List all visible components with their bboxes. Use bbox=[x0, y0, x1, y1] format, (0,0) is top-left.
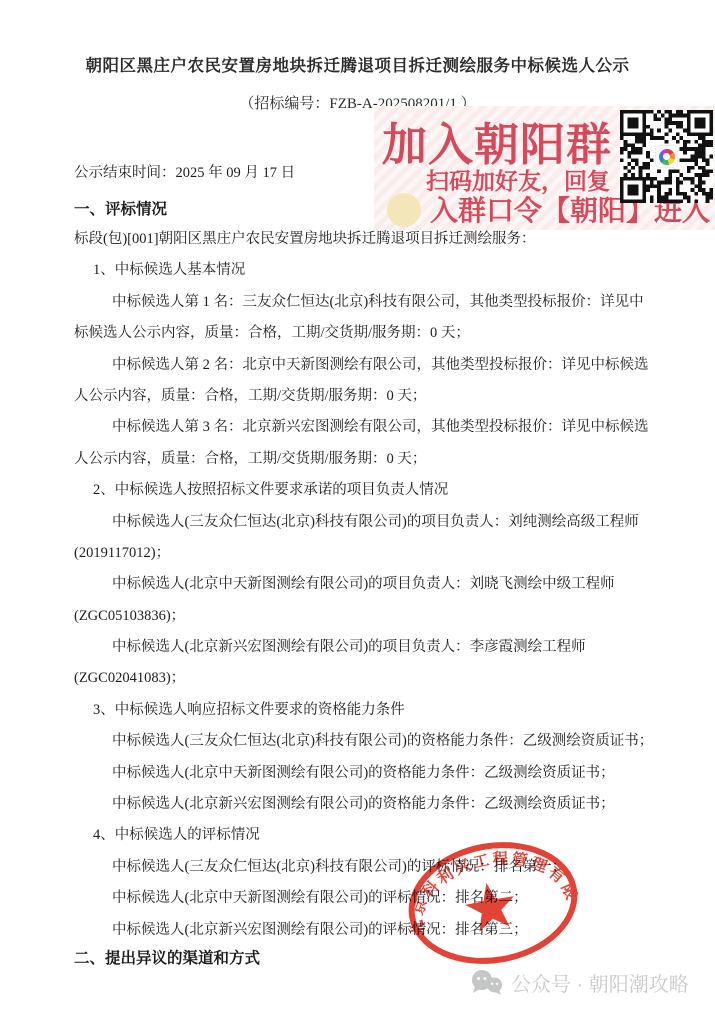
company-seal-stamp: 北京科利兴工程管理有限公司 bbox=[403, 836, 583, 976]
section-heading-1: 一、评标情况 bbox=[74, 197, 167, 219]
doc-line: 标段(包)[001]朝阳区黑庄户农民安置房地块拆迁腾退项目拆迁测绘服务： bbox=[74, 224, 644, 255]
doc-line: 标候选人公示内容，质量：合格，工期/交货期/服务期：0 天； bbox=[74, 318, 644, 349]
doc-line: (ZGC05103836)； bbox=[74, 601, 644, 632]
doc-line: 中标候选人(北京中天新图测绘有限公司)的资格能力条件：乙级测绘资质证书； bbox=[74, 758, 644, 789]
doc-line: 人公示内容，质量：合格，工期/交货期/服务期：0 天； bbox=[74, 444, 644, 475]
footer-watermark-label: 公众号 · 朝阳潮攻略 bbox=[511, 968, 689, 997]
doc-line: 中标候选人第 2 名：北京中天新图测绘有限公司，其他类型投标报价：详见中标候选 bbox=[74, 350, 644, 381]
doc-line: (ZGC02041083)； bbox=[74, 663, 644, 694]
wechat-icon bbox=[470, 969, 504, 997]
promo-dot-decoration bbox=[387, 193, 421, 227]
doc-line: 2、中标候选人按照招标文件要求承诺的项目负责人情况 bbox=[74, 475, 644, 506]
svg-text:北京科利兴工程管理有限公司: 北京科利兴工程管理有限公司 bbox=[403, 836, 583, 939]
doc-line: (2019117012)； bbox=[74, 538, 644, 569]
doc-line: 中标候选人(北京新兴宏图测绘有限公司)的资格能力条件：乙级测绘资质证书； bbox=[74, 789, 644, 820]
qr-center-logo-icon bbox=[656, 146, 677, 167]
publicity-end-date: 公示结束时间：2025 年 09 月 17 日 bbox=[74, 161, 295, 182]
section-heading-2: 二、提出异议的渠道和方式 bbox=[74, 946, 260, 968]
footer-watermark: 公众号 · 朝阳潮攻略 bbox=[470, 968, 689, 997]
doc-line: 中标候选人(北京新兴宏图测绘有限公司)的项目负责人：李彦霞测绘工程师 bbox=[74, 632, 644, 663]
seal-star-icon bbox=[462, 879, 519, 934]
seal-ring-text: 北京科利兴工程管理有限公司 bbox=[403, 836, 583, 939]
doc-line: 中标候选人第 3 名：北京新兴宏图测绘有限公司，其他类型投标报价：详见中标候选 bbox=[74, 412, 644, 443]
doc-line: 中标候选人(三友众仁恒达(北京)科技有限公司)的资格能力条件：乙级测绘资质证书； bbox=[74, 726, 644, 757]
promo-overlay: 加入朝阳群 扫码加好友，回复 入群口令【朝阳】进入 bbox=[374, 106, 715, 230]
doc-line: 中标候选人第 1 名：三友众仁恒达(北京)科技有限公司，其他类型投标报价：详见中 bbox=[74, 287, 644, 318]
qr-code bbox=[620, 110, 713, 203]
doc-line: 中标候选人(三友众仁恒达(北京)科技有限公司)的项目负责人：刘纯测绘高级工程师 bbox=[74, 507, 644, 538]
doc-line: 中标候选人(北京中天新图测绘有限公司)的项目负责人：刘晓飞测绘中级工程师 bbox=[74, 569, 644, 600]
page-title: 朝阳区黑庄户农民安置房地块拆迁腾退项目拆迁测绘服务中标候选人公示 bbox=[0, 52, 715, 76]
doc-line: 人公示内容，质量：合格，工期/交货期/服务期：0 天； bbox=[74, 381, 644, 412]
document-page: 朝阳区黑庄户农民安置房地块拆迁腾退项目拆迁测绘服务中标候选人公示 （招标编号：F… bbox=[0, 0, 715, 1013]
doc-line: 3、中标候选人响应招标文件要求的资格能力条件 bbox=[74, 695, 644, 726]
doc-line: 1、中标候选人基本情况 bbox=[74, 255, 644, 286]
